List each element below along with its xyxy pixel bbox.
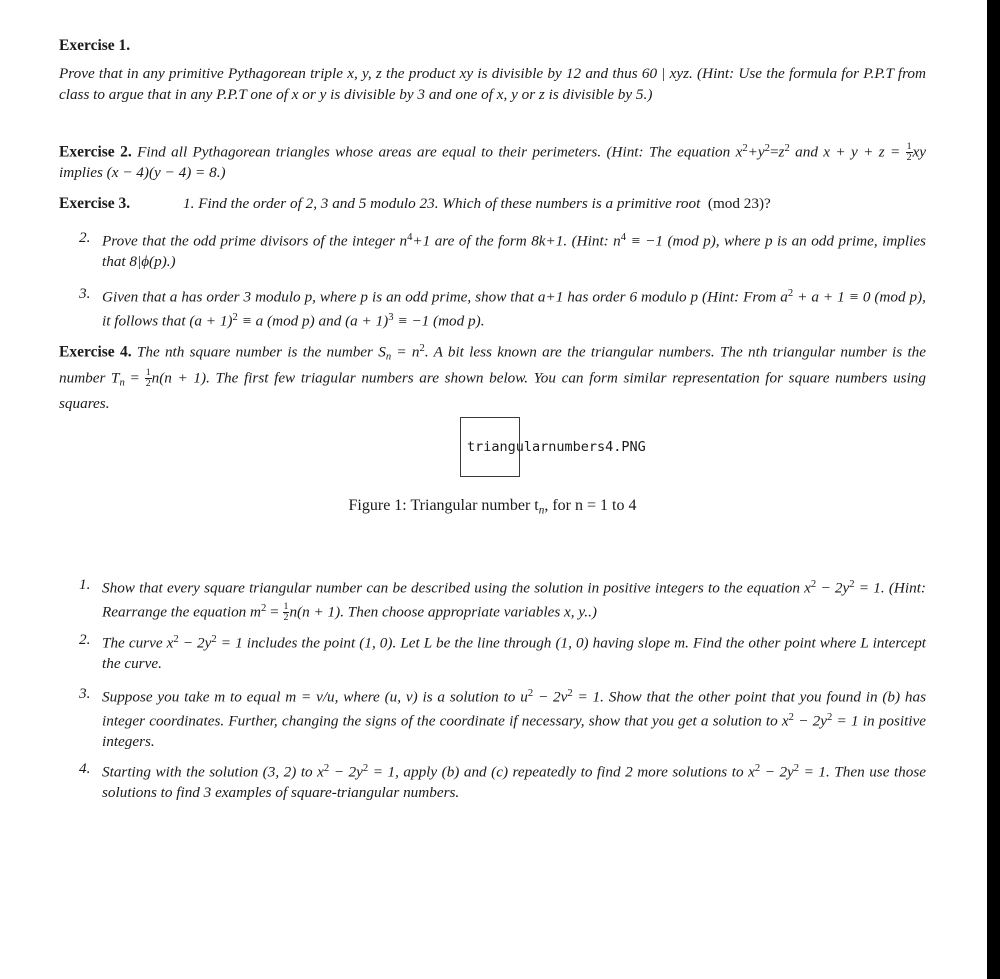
item-text: Find the order of 2, 3 and 5 modulo 23. …	[198, 195, 700, 212]
exponent: 2	[784, 143, 789, 154]
exercise-4-item-3: 3. Suppose you take m to equal m = v/u, …	[79, 684, 926, 752]
subscript: n	[386, 352, 391, 363]
exponent: 4	[621, 232, 626, 243]
equals-sign: =	[770, 143, 779, 160]
exponent: 2	[788, 288, 793, 299]
figure-1: triangularnumbers4.PNG Figure 1: Triangu…	[59, 417, 926, 527]
exercise-2-title: Exercise 2.	[59, 143, 132, 160]
exercise-3-item-3: 3. Given that a has order 3 modulo p, wh…	[79, 284, 926, 332]
exercise-2-text-d: and x + y + z =	[795, 143, 905, 160]
fraction-one-half: 12	[906, 142, 913, 163]
list-number: 4.	[79, 759, 90, 780]
black-edge-strip	[987, 0, 1000, 979]
exercise-3-item-1: 1. Find the order of 2, 3 and 5 modulo 2…	[183, 194, 771, 215]
exercise-2-text-b: +y	[748, 143, 765, 160]
exercise-2: Exercise 2. Find all Pythagorean triangl…	[59, 139, 926, 183]
item-text: Prove that the odd prime divisors of the…	[102, 228, 926, 272]
subscript: n	[120, 378, 125, 389]
exercise-1-body: Prove that in any primitive Pythagorean …	[59, 64, 926, 105]
list-number: 1.	[183, 195, 194, 212]
exercise-4-item-1: 1. Show that every square triangular num…	[79, 575, 926, 623]
exercise-2-text-a: Find all Pythagorean triangles whose are…	[137, 143, 742, 160]
exercise-3-title: Exercise 3.	[59, 195, 130, 212]
figure-filename: triangularnumbers4.PNG	[467, 437, 646, 458]
item-text-suffix: (mod 23)?	[708, 195, 771, 212]
list-number: 3.	[79, 684, 90, 705]
list-number: 2.	[79, 630, 90, 651]
document-page: Exercise 1. Prove that in any primitive …	[0, 0, 987, 979]
exercise-3: Exercise 3. 1. Find the order of 2, 3 an…	[59, 194, 926, 215]
item-text: Starting with the solution (3, 2) to x2 …	[102, 759, 926, 803]
exercise-4-item-4: 4. Starting with the solution (3, 2) to …	[79, 759, 926, 803]
item-text: Suppose you take m to equal m = v/u, whe…	[102, 684, 926, 752]
exponent: 3	[388, 312, 393, 323]
exercise-3-item-2: 2. Prove that the odd prime divisors of …	[79, 228, 926, 272]
exercise-1-title: Exercise 1.	[59, 36, 130, 57]
list-number: 3.	[79, 284, 90, 305]
exponent: 2	[233, 312, 238, 323]
fraction-one-half: 12	[145, 368, 152, 389]
exercise-4-item-2: 2. The curve x2 − 2y2 = 1 includes the p…	[79, 630, 926, 674]
item-text: Given that a has order 3 modulo p, where…	[102, 284, 926, 332]
figure-caption: Figure 1: Triangular number tn, for n = …	[59, 496, 926, 521]
exercise-4-title: Exercise 4.	[59, 343, 132, 360]
item-text: The curve x2 − 2y2 = 1 includes the poin…	[102, 630, 926, 674]
list-number: 1.	[79, 575, 90, 596]
item-text: Show that every square triangular number…	[102, 575, 926, 623]
exercise-4: Exercise 4. The nth square number is the…	[59, 339, 926, 415]
list-number: 2.	[79, 228, 90, 249]
